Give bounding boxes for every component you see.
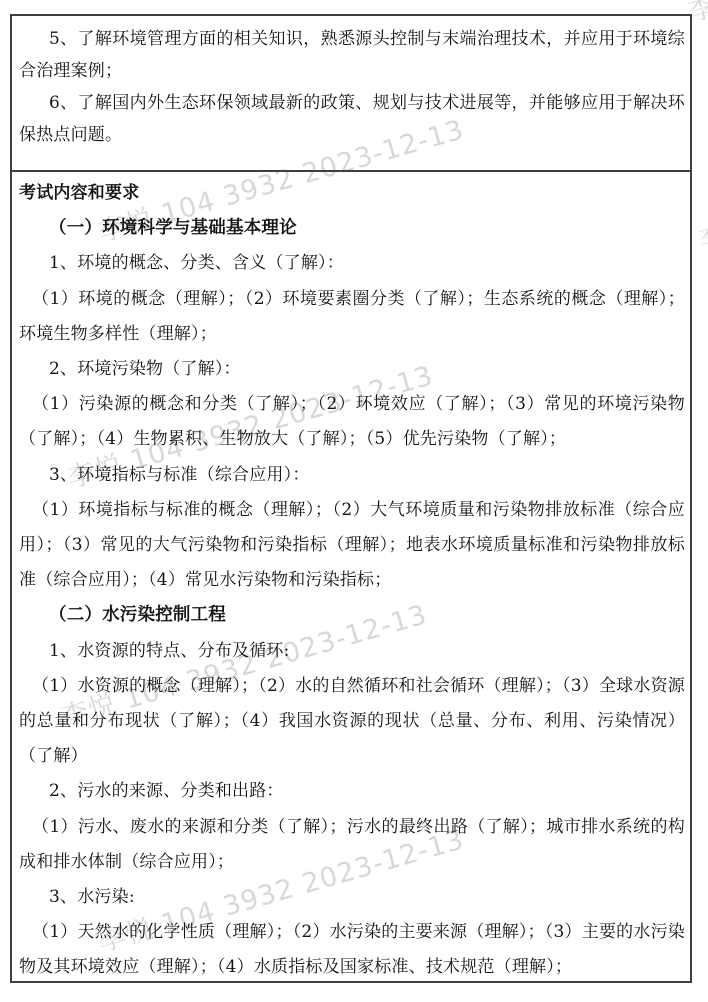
document-table: 5、了解环境管理方面的相关知识，熟悉源头控制与末端治理技术，并应用于环境综合治理…: [10, 14, 692, 983]
section-heading: 考试内容和要求: [19, 176, 685, 211]
section-heading: （二）水污染控制工程: [19, 598, 685, 633]
paragraph: 2、环境污染物（了解）：: [19, 352, 685, 387]
paragraph: 1、水资源的特点、分布及循环:: [19, 634, 685, 669]
paragraph: （1）水资源的概念（理解）；（2）水的自然循环和社会循环（理解）；（3）全球水资…: [19, 669, 685, 775]
paragraph: （1）天然水的化学性质（理解）；（2）水污染的主要来源（理解）；（3）主要的水污…: [19, 915, 685, 985]
table-row-exam-content: 考试内容和要求（一）环境科学与基础基本理论1、环境的概念、分类、含义（了解）：（…: [12, 172, 690, 986]
section-heading: （一）环境科学与基础基本理论: [19, 211, 685, 246]
paragraph: 5、了解环境管理方面的相关知识，熟悉源头控制与末端治理技术，并应用于环境综合治理…: [19, 23, 685, 87]
paragraph: （1）污水、废水的来源和分类（了解）；污水的最终出路（了解）；城市排水系统的构成…: [19, 810, 685, 880]
paragraph: 6、了解国内外生态环保领域最新的政策、规划与技术进展等，并能够应用于解决环保热点…: [19, 87, 685, 151]
paragraph: 3、环境指标与标准（综合应用）：: [19, 458, 685, 493]
paragraph: 3、水污染:: [19, 880, 685, 915]
watermark-text: 李悦 104 3932 2023-12-13: [694, 116, 708, 258]
paragraph: （1）污染源的概念和分类（了解）；（2）环境效应（了解）；（3）常见的环境污染物…: [19, 387, 685, 457]
table-row-requirements: 5、了解环境管理方面的相关知识，熟悉源头控制与末端治理技术，并应用于环境综合治理…: [12, 16, 690, 172]
paragraph: 2、污水的来源、分类和出路：: [19, 774, 685, 809]
paragraph: 1、环境的概念、分类、含义（了解）：: [19, 246, 685, 281]
paragraph: （1）环境指标与标准的概念（理解）；（2）大气环境质量和污染物排放标准（综合应用…: [19, 493, 685, 599]
paragraph: （1）环境的概念（理解）；（2）环境要素圈分类（了解）；生态系统的概念（理解）；…: [19, 282, 685, 352]
document-page: 李悦 104 3932 2023-12-13李悦 104 3932 2023-1…: [0, 0, 708, 1002]
